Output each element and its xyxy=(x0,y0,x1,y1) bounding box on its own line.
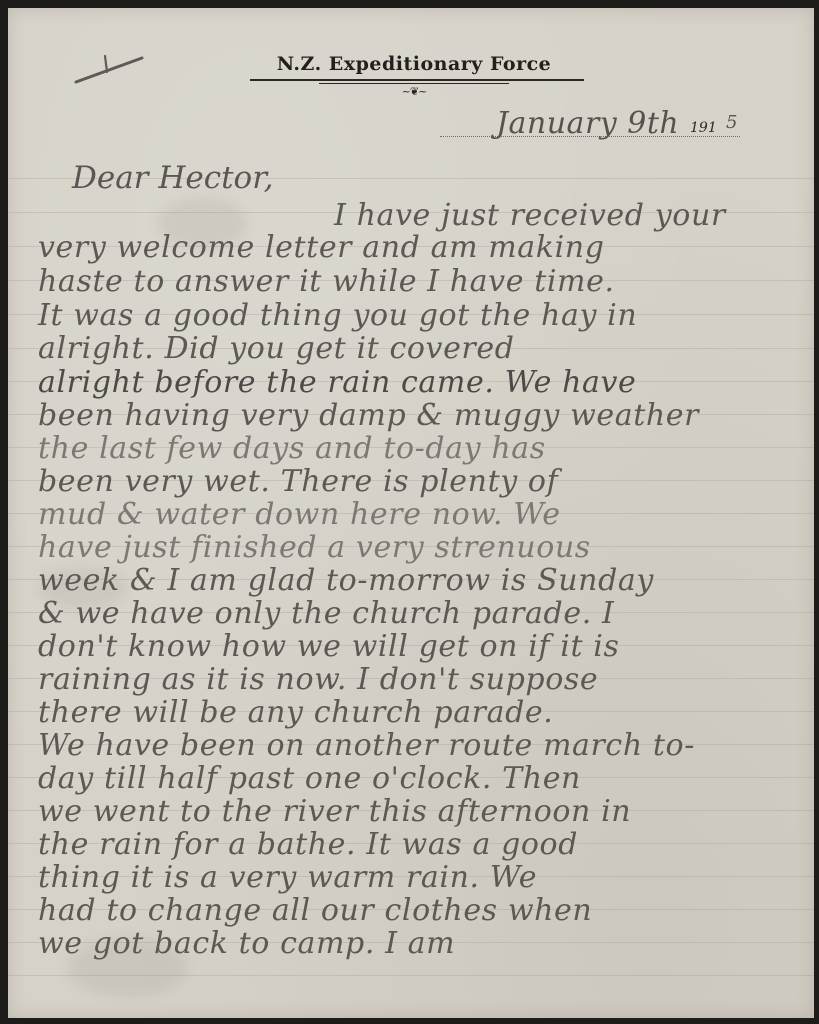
date-handwritten: January 9th xyxy=(496,106,679,141)
letterhead-rule-short xyxy=(319,83,509,84)
letter-paper: N.Z. Expeditionary Force ~❦~ January 9th… xyxy=(8,8,814,1018)
salutation: Dear Hector, xyxy=(72,160,274,196)
body-line: the last few days and to-day has xyxy=(38,431,546,466)
body-line: there will be any church parade. xyxy=(38,695,553,730)
body-line: we got back to camp. I am xyxy=(38,926,455,961)
letterhead-rule xyxy=(250,79,584,81)
body-line: very welcome letter and am making xyxy=(38,230,605,265)
body-line: thing it is a very warm rain. We xyxy=(38,860,537,895)
scanned-page: N.Z. Expeditionary Force ~❦~ January 9th… xyxy=(0,0,819,1024)
body-line: have just finished a very strenuous xyxy=(38,530,591,565)
body-line: We have been on another route march to- xyxy=(38,728,695,763)
check-mark-icon xyxy=(74,54,144,84)
body-line: had to change all our clothes when xyxy=(38,893,592,928)
letterhead-title: N.Z. Expeditionary Force xyxy=(244,52,584,76)
body-line: alright before the rain came. We have xyxy=(38,365,636,400)
body-line: It was a good thing you got the hay in xyxy=(38,298,637,333)
body-line: been having very damp & muggy weather xyxy=(38,398,699,433)
body-line: haste to answer it while I have time. xyxy=(38,264,615,299)
body-line: been very wet. There is plenty of xyxy=(38,464,558,499)
letterhead: N.Z. Expeditionary Force ~❦~ xyxy=(244,52,584,76)
body-line: raining as it is now. I don't suppose xyxy=(38,662,598,697)
body-line: alright. Did you get it covered xyxy=(38,331,515,366)
body-line: day till half past one o'clock. Then xyxy=(38,761,581,796)
body-line: I have just received your xyxy=(334,198,726,233)
body-line: we went to the river this afternoon in xyxy=(38,794,631,829)
date-year-suffix: 5 xyxy=(726,112,737,133)
date-printed-year: 191 xyxy=(690,120,717,136)
body-line: don't know how we will get on if it is xyxy=(38,629,619,664)
body-line: & we have only the church parade. I xyxy=(38,596,614,631)
body-line: mud & water down here now. We xyxy=(38,497,561,532)
flourish-ornament-icon: ~❦~ xyxy=(392,85,436,98)
body-line: the rain for a bathe. It was a good xyxy=(38,827,578,862)
body-line: week & I am glad to-morrow is Sunday xyxy=(38,563,654,598)
